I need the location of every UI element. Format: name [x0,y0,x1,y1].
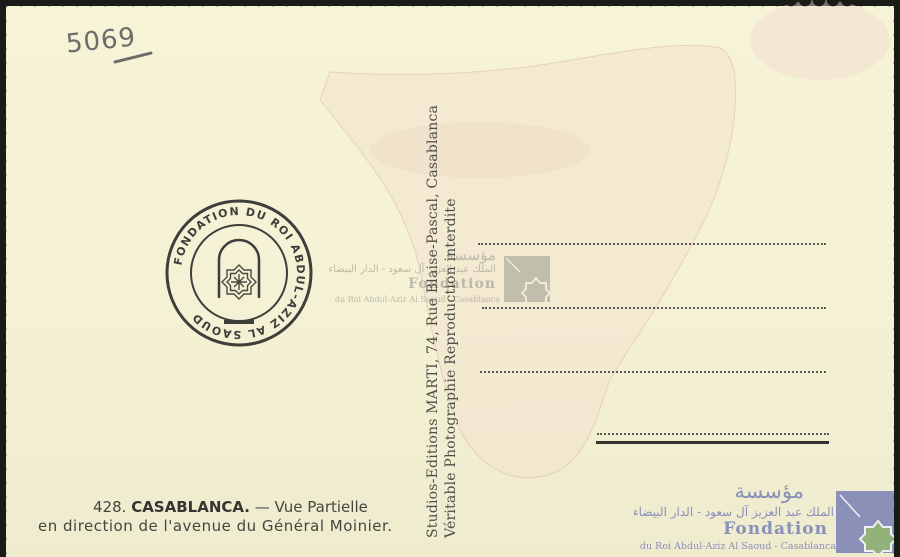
watermark-corner-arabic-subtitle: الملك عبد العزيز آل سعود - الدار البيضاء [633,505,834,519]
publisher-line-2: Véritable Photographie Reproduction inte… [441,80,461,538]
address-line-2 [482,307,826,309]
address-line-5 [596,441,829,444]
deckled-edge-left [0,0,10,557]
watermark-corner-arabic-title: مؤسسة [734,479,804,503]
address-line-1 [478,243,826,245]
publisher-line-1: Studios-Editions MARTI, 74, Rue Blaise-P… [423,80,443,538]
postcard-caption: 428. CASABLANCA. — Vue Partielle en dire… [38,498,393,536]
watermark-corner: مؤسسة الملك عبد العزيز آل سعود - الدار ا… [625,475,900,557]
deckled-edge-right [890,0,900,557]
caption-title: — Vue Partielle [255,498,368,516]
arch-with-star-icon [219,240,259,299]
address-line-4 [597,433,829,435]
foundation-corner-logo-icon [836,491,894,553]
foundation-stamp: FONDATION DU ROI ABDUL-AZIZ AL SAOUD [164,198,314,348]
foundation-logo-icon [504,256,550,302]
deckled-edge-top [0,0,900,9]
address-line-3 [480,371,826,373]
caption-number: 428. [93,498,126,516]
watermark-corner-french-subtitle: du Roi Abdul-Aziz Al Saoud - Casablanca [640,541,836,552]
publisher-imprint: Studios-Editions MARTI, 74, Rue Blaise-P… [415,80,485,538]
watermark-corner-french-title: Fondation [723,519,828,539]
caption-city: CASABLANCA. [131,498,250,516]
caption-line-2: en direction de l'avenue du Général Moin… [38,517,393,536]
